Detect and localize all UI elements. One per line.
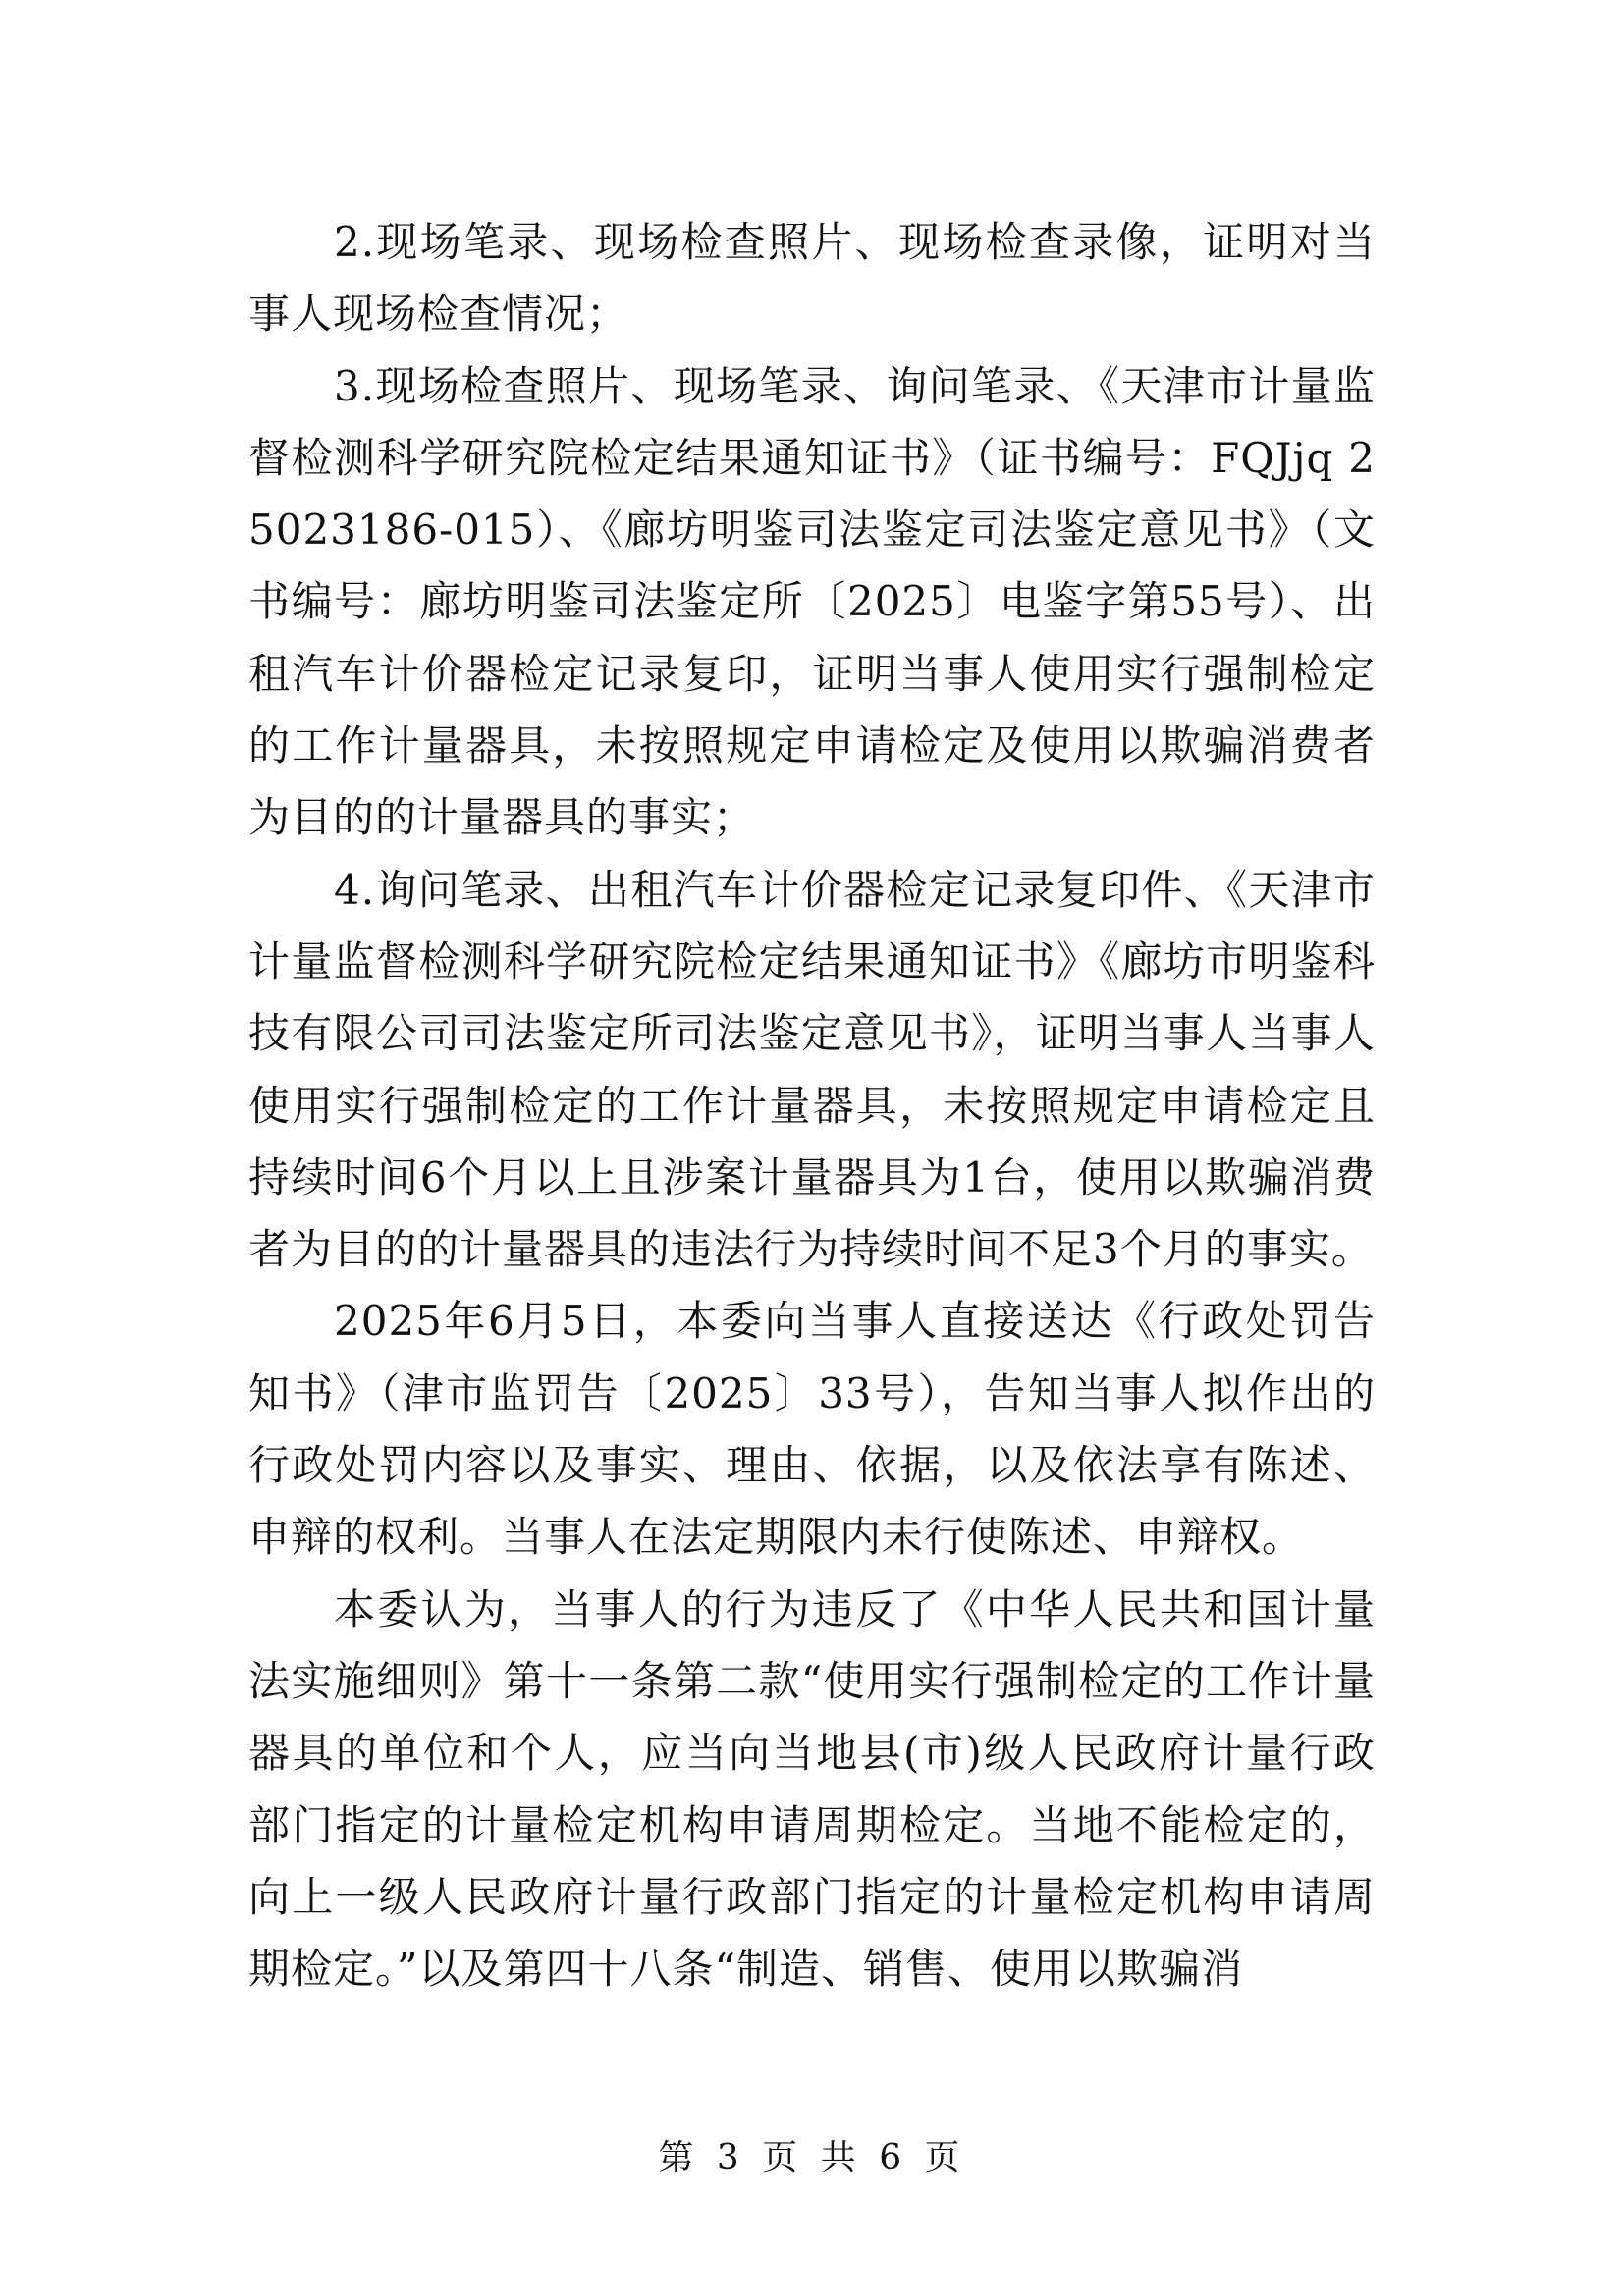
paragraph-evidence-3: 3.现场检查照片、现场笔录、询问笔录、《天津市计量监督检测科学研究院检定结果通知… bbox=[248, 350, 1376, 854]
footer-total-word: 页 bbox=[925, 2138, 966, 2178]
footer-total-prefix: 共 bbox=[821, 2138, 862, 2178]
total-page-count: 6 bbox=[879, 2138, 907, 2178]
footer-prefix: 第 bbox=[658, 2138, 699, 2178]
footer-page-word: 页 bbox=[762, 2138, 803, 2178]
paragraph-evidence-4: 4.询问笔录、出租汽车计价器检定记录复印件、《天津市计量监督检测科学研究院检定结… bbox=[248, 854, 1376, 1286]
paragraph-evidence-2: 2.现场笔录、现场检查照片、现场检查录像，证明对当事人现场检查情况； bbox=[248, 206, 1376, 350]
document-page: 2.现场笔录、现场检查照片、现场检查录像，证明对当事人现场检查情况； 3.现场检… bbox=[248, 206, 1376, 2004]
page-number-footer: 第 3 页 共 6 页 bbox=[0, 2130, 1624, 2180]
paragraph-violation-finding: 本委认为，当事人的行为违反了《中华人民共和国计量法实施细则》第十一条第二款“使用… bbox=[248, 1574, 1376, 2005]
current-page-number: 3 bbox=[717, 2138, 745, 2178]
paragraph-notice-delivery: 2025年6月5日，本委向当事人直接送达《行政处罚告知书》（津市监罚告〔2025… bbox=[248, 1285, 1376, 1573]
